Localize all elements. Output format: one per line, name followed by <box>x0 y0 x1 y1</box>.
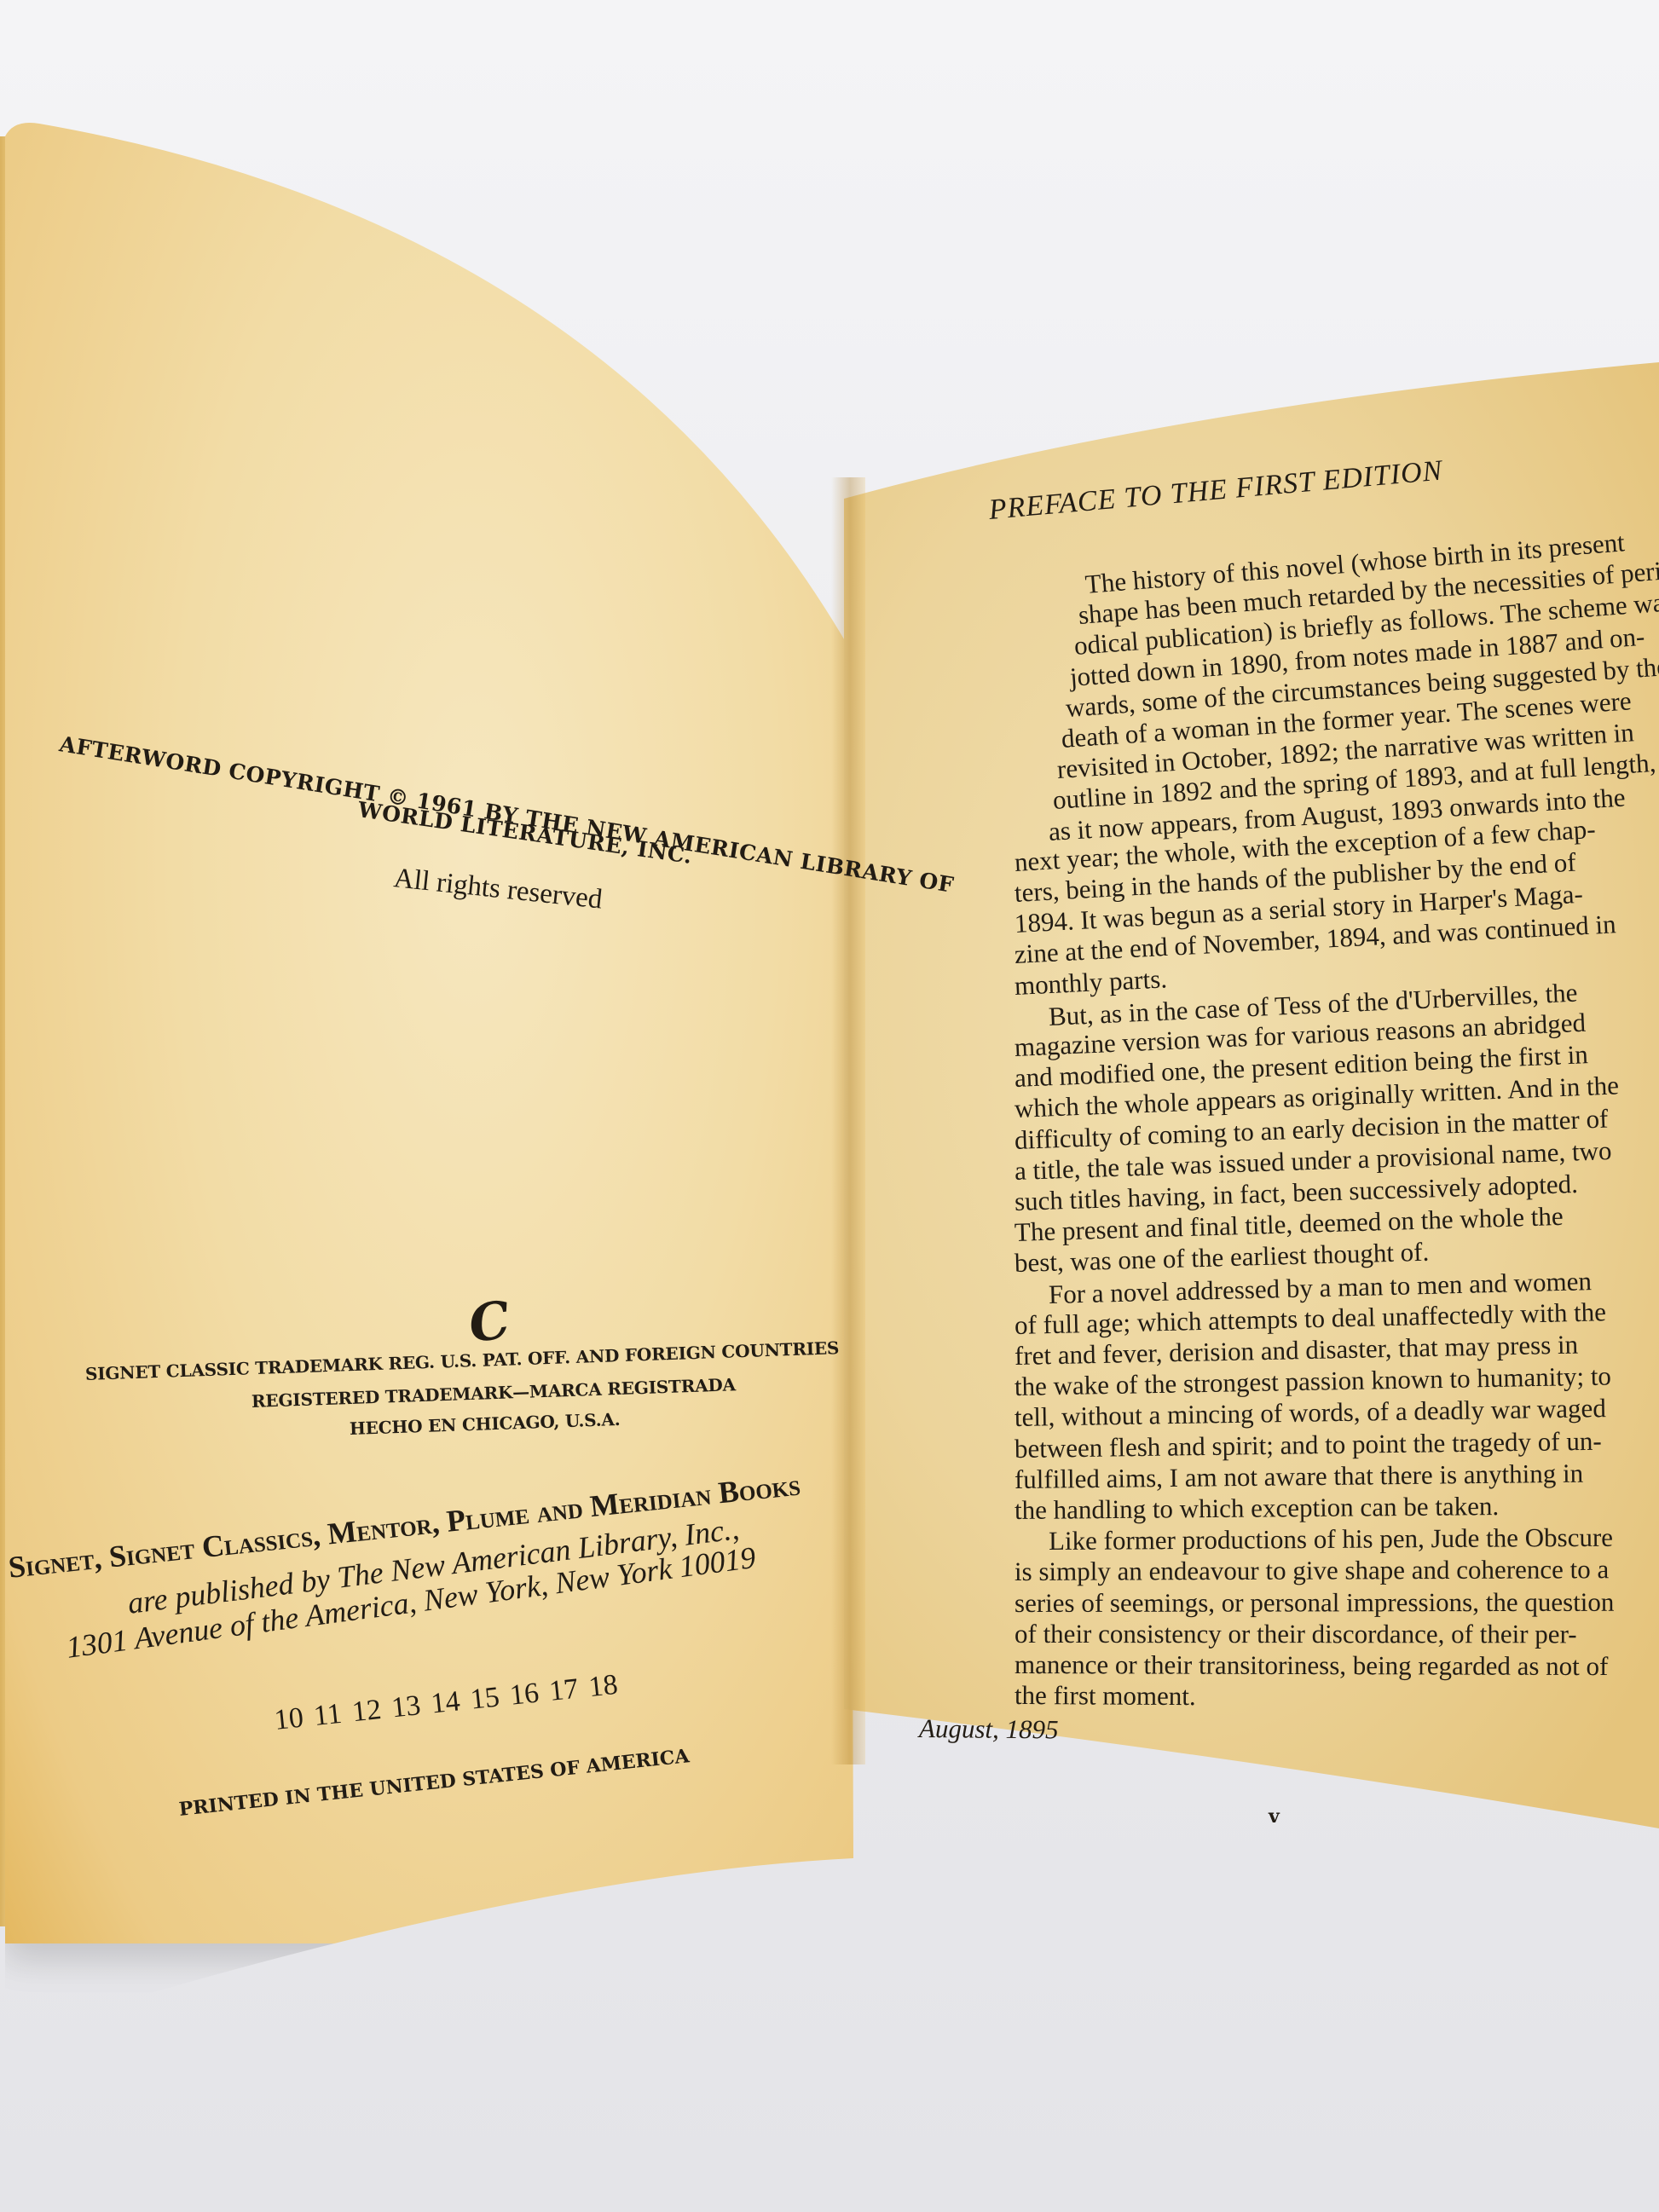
preface-line: fulfilled aims, I am not aware that ther… <box>1014 1458 1584 1494</box>
book-gutter-shadow <box>831 477 865 1764</box>
signet-classic-logo-icon: C <box>465 1289 521 1351</box>
preface-line: of their consistency or their discordanc… <box>1014 1619 1577 1649</box>
preface-line: the first moment. <box>1014 1680 1196 1712</box>
preface-line: series of seemings, or personal impressi… <box>1014 1586 1614 1618</box>
preface-line: the handling to which exception can be t… <box>1014 1491 1499 1526</box>
left-page <box>5 119 858 1943</box>
preface-signoff: August, 1895 <box>919 1713 1059 1745</box>
preface-line: manence or their transitoriness, being r… <box>1014 1649 1609 1682</box>
preface-line: is simply an endeavour to give shape and… <box>1014 1555 1609 1588</box>
preface-line: Like former productions of his pen, Jude… <box>1049 1522 1613 1556</box>
page-number: v <box>1269 1805 1280 1828</box>
